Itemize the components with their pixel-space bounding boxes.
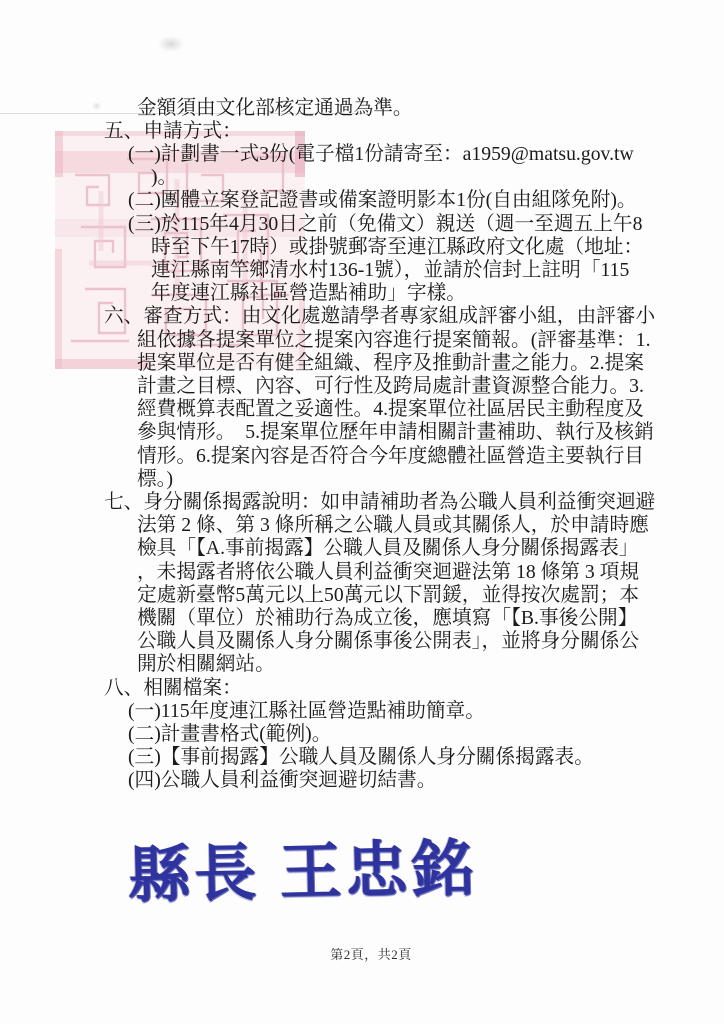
page-number: 第2頁，共2頁 — [0, 944, 724, 963]
text-line: 公職人員及關係人身分關係事後公開表」，並將身分關係公 — [137, 630, 639, 653]
text-line: ，未揭露者將依公職人員利益衝突迴避法第 18 條第 3 項規 — [137, 561, 639, 584]
text-line: 開於相關網站。 — [137, 653, 275, 676]
text-line: 標。) — [137, 468, 173, 491]
text-line: 金額須由文化部核定通過為準。 — [137, 97, 413, 120]
text-line: 組依據各提案單位之提案內容進行提案簡報。(評審基準：1. — [137, 329, 651, 352]
text-line: 六、審查方式：由文化處邀請學者專家組成評審小組，由評審小 — [104, 305, 655, 328]
text-line: 檢具「【A.事前揭露】公職人員及關係人身分關係揭露表」 — [137, 537, 638, 560]
text-line: 連江縣南竿鄉清水村136-1號），並請於信封上註明「115 — [151, 259, 629, 282]
text-line: 定處新臺幣5萬元以上50萬元以下罰鍰，並得按次處罰；本 — [137, 584, 639, 607]
document-page: 金額須由文化部核定通過為準。五、申請方式：(一)計劃書一式3份(電子檔1份請寄至… — [0, 0, 724, 1024]
text-line: 八、相關檔案： — [104, 677, 242, 700]
text-line: 計畫之目標、內容、可行性及跨局處計畫資源整合能力。3. — [137, 375, 644, 398]
text-line: )。 — [151, 166, 177, 189]
magistrate-signature: 縣長 王忠銘 — [127, 818, 478, 914]
text-line: (二)團體立案登記證書或備案證明影本1份(自由組隊免附)。 — [128, 189, 637, 212]
text-line: 經費概算表配置之妥適性。4.提案單位社區居民主動程度及 — [137, 398, 644, 421]
text-line: 七、身分關係揭露說明：如申請補助者為公職人員利益衝突迴避 — [104, 491, 655, 514]
text-line: 五、申請方式： — [104, 120, 242, 143]
text-line: 參與情形。 5.提案單位歷年申請相關計畫補助、執行及核銷 — [137, 421, 654, 444]
text-line: (三)於115年4月30日之前（免備文）親送（週一至週五上午8 — [128, 213, 642, 236]
text-line: 時至下午17時）或掛號郵寄至連江縣政府文化處（地址： — [151, 236, 643, 259]
text-line: (一)115年度連江縣社區營造點補助簡章。 — [128, 700, 485, 723]
text-line: (四)公職人員利益衝突迴避切結書。 — [128, 769, 436, 792]
text-line: 年度連江縣社區營造點補助」字樣。 — [151, 282, 466, 305]
text-line: (二)計畫書格式(範例)。 — [128, 723, 331, 746]
text-line: (一)計劃書一式3份(電子檔1份請寄至：a1959@matsu.gov.tw — [128, 143, 634, 166]
text-line: 法第 2 條、第 3 條所稱之公職人員或其關係人，於申請時應 — [137, 514, 649, 537]
text-line: 提案單位是否有健全組織、程序及推動計畫之能力。2.提案 — [137, 352, 644, 375]
text-line: (三)【事前揭露】公職人員及關係人身分關係揭露表。 — [128, 746, 594, 769]
text-line: 機關（單位）於補助行為成立後，應填寫「【B.事後公開】 — [137, 607, 637, 630]
text-line: 情形。6.提案內容是否符合今年度總體社區營造主要執行目 — [137, 445, 644, 468]
